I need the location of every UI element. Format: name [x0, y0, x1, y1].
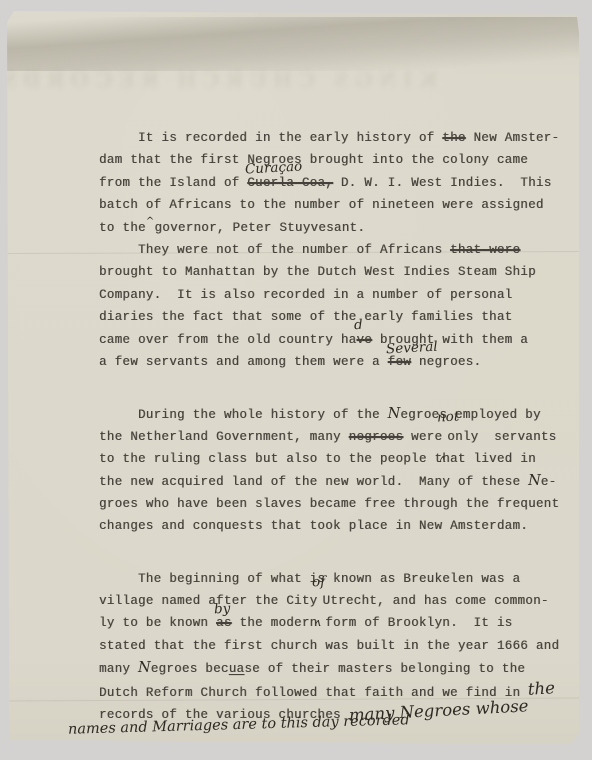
scan-background: KINGS CHURCH RECORDS It is recorded in t… [0, 0, 592, 760]
text-line: Company. It is also recorded in a number… [99, 284, 551, 306]
text-line: to the^governor, Peter Stuyvesant. [99, 217, 551, 239]
text-line: brought to Manhattan by the Dutch West I… [99, 261, 551, 283]
typed-text-run: governor, Peter Stuyvesant. [155, 221, 366, 235]
text-line: ly to be known asby the modern form of B… [99, 612, 551, 634]
handwritten-text: names and Marriages are to this day reco… [68, 713, 410, 739]
text-line: the Netherland Government, many negroes … [99, 426, 551, 448]
typed-text-run: stated that the first church was built i… [99, 639, 559, 653]
typed-text-run: Utrecht, and has come common- [322, 594, 548, 608]
typed-text-run: batch of Africans to the number of ninet… [99, 198, 544, 212]
fold-highlight [7, 11, 257, 75]
handwritten-correction: Curaçao [245, 156, 303, 181]
typed-text-run: a few servants and among them were a [99, 355, 388, 369]
handwritten-insertion: not [437, 406, 460, 430]
text-line: They were not of the number of Africans … [99, 239, 551, 261]
proofreader-underline-mark: ua [229, 662, 245, 676]
typed-text-run: egroes employed by [400, 408, 540, 422]
handwritten-correction: d [354, 314, 364, 337]
correction-anchor: Cuerla Coa,Curaçao [247, 176, 333, 190]
bleed-through-text: KINGS CHURCH RECORDS [37, 67, 437, 93]
correction-anchor: the [442, 131, 465, 145]
text-line: stated that the first church was built i… [99, 635, 551, 657]
strikethrough-text: the [442, 131, 465, 145]
typed-text-run: ly to be known [99, 616, 216, 630]
text-line: diaries the fact that some of the early … [99, 306, 551, 328]
typed-text-run: egroes bec [151, 662, 229, 676]
typed-text-run: dam that the first Negroes brought into … [99, 153, 528, 167]
typed-text-run: the new acquired land of the new world. … [99, 475, 528, 489]
typed-text-run: village named after the City [99, 594, 317, 608]
typed-text-run: e- [541, 475, 557, 489]
handwritten-text: the [527, 677, 555, 701]
handwritten-text: N [138, 660, 151, 676]
paragraph: The beginning of what is known as Breuke… [99, 568, 551, 738]
typed-text-run: were [403, 430, 442, 444]
correction-anchor: negroes [349, 430, 404, 444]
typed-text-run: The beginning of what is known as Breuke… [99, 572, 520, 586]
handwritten-text: N [528, 473, 541, 489]
typed-text-run: to the ruling class but also to the peop… [99, 452, 536, 466]
text-line: It is recorded in the early history of t… [99, 127, 551, 149]
handwritten-correction: by [213, 598, 230, 621]
typewritten-text-body: It is recorded in the early history of t… [99, 127, 551, 737]
typed-text-run: New Amster- [466, 131, 560, 145]
text-line: a few servants and among them were a few… [99, 351, 551, 373]
text-line: dam that the first Negroes brought into … [99, 149, 551, 171]
typed-text-run: groes who have been slaves became free t… [99, 497, 559, 511]
typed-text-run: the modern form of Brooklyn. It is [232, 616, 513, 630]
typed-text-run: During the whole history of the [99, 408, 388, 422]
typed-text-run: D. W. I. West Indies. This [333, 176, 551, 190]
paragraph: They were not of the number of Africans … [99, 239, 551, 373]
typed-text-run: from the Island of [99, 176, 247, 190]
text-line: from the Island of Cuerla Coa,Curaçao D.… [99, 172, 551, 194]
typed-text-run: to the [99, 221, 146, 235]
text-line: batch of Africans to the number of ninet… [99, 194, 551, 216]
caret-mark-icon: ^ [146, 216, 155, 227]
strikethrough-text: negroes [349, 430, 404, 444]
text-line: During the whole history of the Negroes … [99, 403, 551, 425]
paragraph: During the whole history of the Negroes … [99, 403, 551, 537]
correction-anchor: fewSeveral [388, 355, 411, 369]
paragraph: It is recorded in the early history of t… [99, 127, 551, 239]
typed-text-run: came over from the old country ha [99, 333, 356, 347]
handwritten-insertion: of [312, 570, 326, 593]
correction-anchor: ved [356, 333, 372, 347]
typed-text-run: diaries the fact that some of the early … [99, 310, 512, 324]
typed-text-run: the Netherland Government, many [99, 430, 349, 444]
typed-text-run: se of their masters belonging to the [244, 662, 525, 676]
text-line: changes and conquests that took place in… [99, 515, 551, 537]
correction-anchor: asby [216, 616, 232, 630]
handwritten-text: N [388, 406, 401, 422]
typed-text-run: only servants [447, 430, 556, 444]
text-line: the new acquired land of the new world. … [99, 470, 551, 492]
text-line: came over from the old country haved bro… [99, 329, 551, 351]
typed-text-run: Dutch Reform Church followed that faith … [99, 686, 528, 700]
typed-text-run: Company. It is also recorded in a number… [99, 288, 512, 302]
typed-text-run: They were not of the number of Africans [99, 243, 450, 257]
typed-text-run: It is recorded in the early history of [99, 131, 442, 145]
text-line: to the ruling class but also to the peop… [99, 448, 551, 470]
typed-text-run: many [99, 662, 138, 676]
typed-text-run: changes and conquests that took place in… [99, 519, 528, 533]
handwritten-correction: Several [385, 335, 438, 360]
text-line: groes who have been slaves became free t… [99, 493, 551, 515]
text-line: village named after the CityofʌUtrecht, … [99, 590, 551, 612]
text-line: many Negroes becuase of their masters be… [99, 657, 551, 679]
typed-text-run: brought to Manhattan by the Dutch West I… [99, 265, 536, 279]
document-page: KINGS CHURCH RECORDS It is recorded in t… [7, 11, 579, 744]
fold-shadow [7, 17, 579, 71]
strikethrough-text: that were [450, 243, 520, 257]
correction-anchor: that were [450, 243, 520, 257]
